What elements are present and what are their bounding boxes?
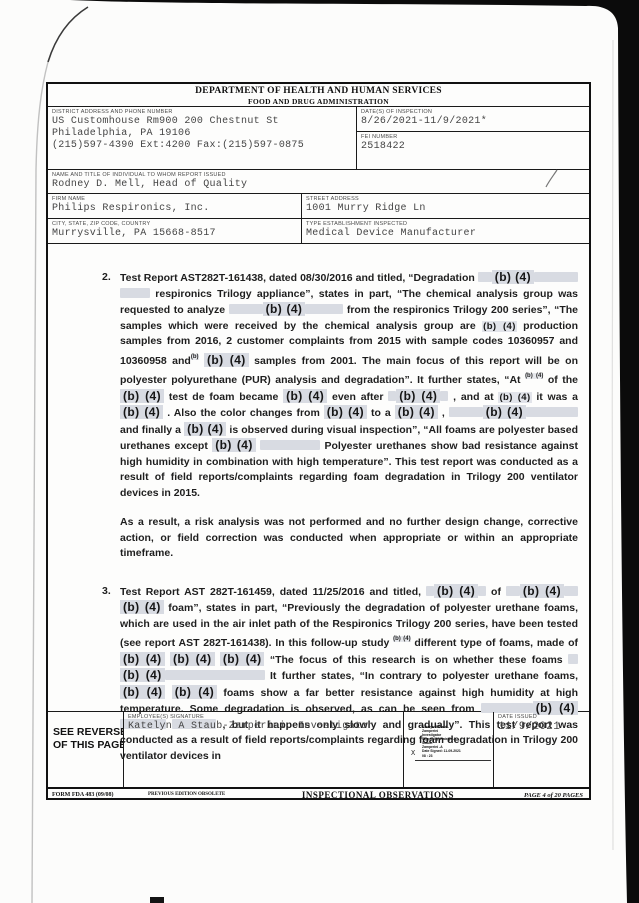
observation-paragraph: 2.Test Report AST282T-161438, dated 08/3… — [102, 270, 578, 501]
stamp-line: 08 : 23 — [422, 754, 462, 758]
observation-paragraph: As a result, a risk analysis was not per… — [102, 515, 578, 562]
previous-edition-note: PREVIOUS EDITION OBSOLETE — [148, 792, 225, 797]
paragraph-number: 2. — [102, 270, 111, 286]
redaction-block — [120, 288, 150, 298]
body-text: different type of foams, made of — [411, 637, 578, 649]
redaction-block — [526, 407, 578, 417]
establishment-type-label: TYPE ESTABLISHMENT INSPECTED — [302, 219, 589, 227]
inspection-dates-cell: DATE(S) OF INSPECTION 8/26/2021-11/9/202… — [357, 107, 589, 132]
employee-signature-label: EMPLOYEE(S) SIGNATURE — [124, 712, 403, 720]
redaction-marker: (b) (4) — [204, 353, 249, 367]
redaction-marker: (b) (4) — [324, 405, 367, 419]
redaction-marker: (b) (4) — [120, 668, 165, 682]
body-text: of the — [543, 374, 578, 386]
signature-x-mark: X — [411, 750, 415, 758]
agency-subtitle: FOOD AND DRUG ADMINISTRATION — [48, 97, 589, 106]
redaction-block — [568, 654, 578, 664]
body-text: . Also the color changes from — [163, 407, 324, 419]
firm-name-label: FIRM NAME — [48, 194, 301, 202]
body-text: it was a — [532, 391, 579, 403]
inspection-dates-label: DATE(S) OF INSPECTION — [357, 107, 589, 115]
fei-number-cell: FEI NUMBER 2518422 — [357, 132, 589, 170]
body-text: , — [438, 407, 449, 419]
page-curl-line-dark — [48, 7, 88, 62]
form-number: FORM FDA 483 (09/08) — [52, 792, 114, 798]
district-line-3: (215)597-4390 Ext:4200 Fax:(215)597-0875 — [48, 139, 356, 151]
form-footer-strip: FORM FDA 483 (09/08) PREVIOUS EDITION OB… — [48, 787, 589, 799]
redaction-block — [478, 272, 492, 282]
date-issued-value: 11/9/2021 — [494, 720, 589, 733]
employee-signature-value: Katelyn A Staub-Zamperini, Investigator — [124, 720, 403, 732]
body-text: and finally a — [120, 424, 184, 436]
redaction-marker: (b) (4) — [120, 389, 164, 403]
district-line-2: Philadelphia, PA 19106 — [48, 127, 356, 139]
redaction-marker: (b) (4) — [396, 389, 440, 403]
redaction-marker: (b) (4) — [172, 685, 217, 699]
district-label: DISTRICT ADDRESS AND PHONE NUMBER — [48, 107, 356, 115]
redaction-block — [449, 407, 483, 417]
redaction-marker: (b) (4) — [483, 405, 526, 419]
redaction-block — [426, 586, 434, 596]
redaction-block — [229, 304, 263, 314]
street-address-label: STREET ADDRESS — [302, 194, 589, 202]
city-state-label: CITY, STATE, ZIP CODE, COUNTRY — [48, 219, 301, 227]
redaction-superscript: (b) — [191, 354, 199, 360]
observations-text: 2.Test Report AST282T-161438, dated 08/3… — [102, 244, 578, 764]
firm-name-value: Philips Respironics, Inc. — [48, 202, 301, 214]
redaction-marker: (b) (4) — [212, 438, 256, 452]
page-fold-highlight — [612, 40, 613, 850]
redaction-marker: (b) (4) — [170, 652, 215, 666]
signature-line — [415, 760, 491, 761]
scanned-page: DEPARTMENT OF HEALTH AND HUMAN SERVICES … — [0, 0, 639, 903]
redaction-superscript: (b) (4) — [393, 636, 411, 642]
redaction-marker: (b) (4) — [120, 685, 165, 699]
redaction-marker: (b) (4) — [434, 584, 478, 598]
body-text: As a result, a risk analysis was not per… — [120, 516, 578, 559]
redaction-superscript: (b) (4) — [525, 373, 543, 379]
digital-stamp-cell: Katelyn A Staub-ZamperiniInvestigatorSig… — [404, 712, 494, 787]
redaction-marker: (b) (4) — [184, 422, 226, 436]
city-state-cell: CITY, STATE, ZIP CODE, COUNTRY Murrysvil… — [48, 219, 302, 244]
redaction-block — [165, 670, 265, 680]
fda-483-form: DEPARTMENT OF HEALTH AND HUMAN SERVICES … — [46, 82, 591, 800]
district-address-cell: DISTRICT ADDRESS AND PHONE NUMBER US Cus… — [48, 107, 357, 170]
stamp-line: Signed by: Katelyn A. Staub- — [422, 737, 462, 745]
redaction-block — [564, 586, 578, 596]
body-text: Test Report AST282T-161438, dated 08/30/… — [120, 272, 478, 284]
body-text: , and at — [448, 391, 498, 403]
digital-signature-stamp: Katelyn A Staub-ZamperiniInvestigatorSig… — [422, 725, 462, 758]
street-address-value: 1001 Murry Ridge Ln — [302, 202, 589, 214]
inspection-dates-value: 8/26/2021-11/9/2021* — [357, 115, 589, 127]
street-address-cell: STREET ADDRESS 1001 Murry Ridge Ln — [302, 194, 589, 219]
redaction-marker: (b) (4) — [498, 392, 531, 403]
body-text: It further states, “In contrary to polye… — [265, 670, 578, 682]
agency-title: DEPARTMENT OF HEALTH AND HUMAN SERVICES — [48, 86, 589, 96]
district-line-1: US Customhouse Rm900 200 Chestnut St — [48, 115, 356, 127]
body-text — [165, 687, 171, 699]
redaction-marker: (b) (4) — [120, 405, 163, 419]
body-text: to a — [367, 407, 395, 419]
redaction-marker: (b) (4) — [395, 405, 438, 419]
body-text: Test Report AST 282T-161459, dated 11/25… — [120, 586, 426, 598]
redaction-block — [260, 440, 320, 450]
date-issued-cell: DATE ISSUED 11/9/2021 — [494, 712, 589, 787]
paragraph-number: 3. — [102, 584, 111, 600]
establishment-type-value: Medical Device Manufacturer — [302, 227, 589, 239]
firm-name-cell: FIRM NAME Philips Respironics, Inc. — [48, 194, 302, 219]
page-number: PAGE 4 of 20 PAGES — [524, 792, 583, 799]
redaction-marker: (b) (4) — [120, 652, 165, 666]
report-recipient-cell: NAME AND TITLE OF INDIVIDUAL TO WHOM REP… — [48, 170, 589, 194]
fei-number-value: 2518422 — [357, 140, 589, 152]
see-reverse-cell: SEE REVERSE OF THIS PAGE — [48, 712, 124, 787]
body-text: “The focus of this research is on whethe… — [264, 654, 568, 666]
establishment-type-cell: TYPE ESTABLISHMENT INSPECTED Medical Dev… — [302, 219, 589, 244]
city-state-value: Murrysville, PA 15668-8517 — [48, 227, 301, 239]
fei-number-label: FEI NUMBER — [357, 132, 589, 140]
report-recipient-value: Rodney D. Mell, Head of Quality — [48, 178, 589, 190]
agency-header: DEPARTMENT OF HEALTH AND HUMAN SERVICES … — [48, 84, 589, 107]
redaction-marker: (b) (4) — [263, 302, 306, 316]
redaction-block — [305, 304, 343, 314]
body-text: even after — [327, 391, 388, 403]
body-text: of — [486, 586, 506, 598]
redaction-marker: (b) (4) — [482, 321, 517, 332]
redaction-marker: (b) (4) — [220, 652, 265, 666]
scan-bottom-mark — [150, 897, 164, 903]
redaction-marker: (b) (4) — [492, 270, 534, 284]
report-recipient-label: NAME AND TITLE OF INDIVIDUAL TO WHOM REP… — [48, 170, 589, 178]
redaction-block — [478, 586, 486, 596]
redaction-marker: (b) (4) — [283, 389, 327, 403]
date-issued-label: DATE ISSUED — [494, 712, 589, 720]
redaction-block — [506, 586, 520, 596]
redaction-marker: (b) (4) — [120, 600, 164, 614]
form-title: INSPECTIONAL OBSERVATIONS — [288, 790, 468, 799]
stamp-line: Katelyn A Staub-Zamperini — [422, 725, 462, 733]
redaction-marker: (b) (4) — [520, 584, 564, 598]
stamp-line: Date Signed: 11-09-2021 — [422, 749, 462, 753]
see-reverse-text: SEE REVERSE OF THIS PAGE — [48, 712, 124, 751]
employee-signature-cell: EMPLOYEE(S) SIGNATURE Katelyn A Staub-Za… — [124, 712, 404, 787]
redaction-block — [534, 272, 578, 282]
body-text: test de foam became — [164, 391, 283, 403]
